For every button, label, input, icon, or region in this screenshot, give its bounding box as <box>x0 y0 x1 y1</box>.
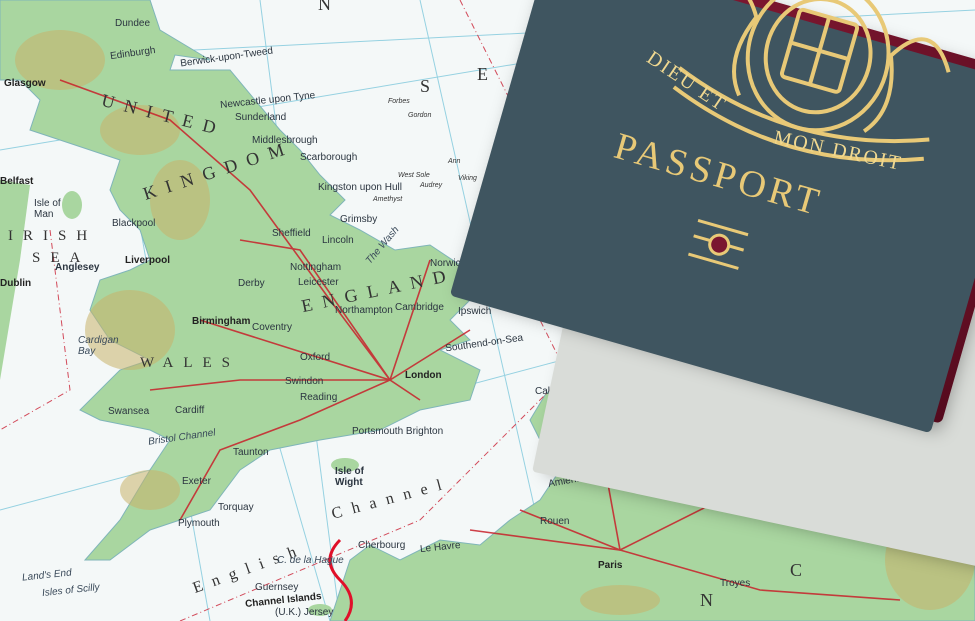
gasfield-west-sole: West Sole <box>398 172 430 179</box>
photo-scene: N S E A UNITED KINGDOM ENGLAND WALES E C… <box>0 0 975 621</box>
city-rouen: Rouen <box>540 516 569 527</box>
city-cardiff: Cardiff <box>175 405 204 416</box>
city-london: London <box>405 370 442 381</box>
gasfield-gordon: Gordon <box>408 112 431 119</box>
gasfield-audrey: Audrey <box>420 182 442 189</box>
isle-of-man <box>62 191 82 219</box>
city-nottingham: Nottingham <box>290 262 341 273</box>
city-middlesbrough: Middlesbrough <box>252 135 318 146</box>
map-label-sea-s: S <box>420 76 440 97</box>
city-reading: Reading <box>300 392 337 403</box>
city-taunton: Taunton <box>233 447 269 458</box>
city-dundee: Dundee <box>115 18 150 29</box>
city-hull: Kingston upon Hull <box>318 182 402 193</box>
city-leicester: Leicester <box>298 277 339 288</box>
city-dublin: Dublin <box>0 278 31 289</box>
feature-isle-of-wight: Isle of Wight <box>335 466 365 488</box>
city-exeter: Exeter <box>182 476 211 487</box>
feature-isle-of-man: Isle of Man <box>34 198 64 220</box>
city-swindon: Swindon <box>285 376 323 387</box>
map-label-france-n: N <box>700 590 723 611</box>
city-paris: Paris <box>598 560 622 571</box>
city-lincoln: Lincoln <box>322 235 354 246</box>
gasfield-viking: Viking <box>458 175 477 182</box>
city-oxford: Oxford <box>300 352 330 363</box>
gasfield-amethyst: Amethyst <box>373 196 402 203</box>
map-label-wales: WALES <box>140 355 240 372</box>
gasfield-ann: Ann <box>448 158 460 165</box>
city-birmingham: Birmingham <box>192 316 250 327</box>
feature-anglesey: Anglesey <box>55 262 99 273</box>
city-ipswich: Ipswich <box>458 306 491 317</box>
map-label-north: N <box>318 0 341 15</box>
gasfield-forbes: Forbes <box>388 98 410 105</box>
city-cherbourg: Cherbourg <box>358 540 405 551</box>
city-liverpool: Liverpool <box>125 255 170 266</box>
map-label-irish: IRISH <box>8 228 97 245</box>
map-label-sea-e: E <box>477 64 498 85</box>
city-cambridge: Cambridge <box>395 302 444 313</box>
city-troyes: Troyes <box>720 578 750 589</box>
feature-guernsey: Guernsey <box>255 582 298 593</box>
city-brighton: Portsmouth Brighton <box>352 426 443 437</box>
city-grimsby: Grimsby <box>340 214 377 225</box>
city-plymouth: Plymouth <box>178 518 220 529</box>
city-glasgow: Glasgow <box>4 78 46 89</box>
city-swansea: Swansea <box>108 406 149 417</box>
city-sunderland: Sunderland <box>235 112 286 123</box>
city-northampton: Northampton <box>335 305 393 316</box>
city-coventry: Coventry <box>252 322 292 333</box>
feature-jersey: (U.K.) Jersey <box>275 607 333 618</box>
city-torquay: Torquay <box>218 502 254 513</box>
city-sheffield: Sheffield <box>272 228 311 239</box>
city-belfast: Belfast <box>0 176 33 187</box>
city-derby: Derby <box>238 278 265 289</box>
city-scarborough: Scarborough <box>300 152 357 163</box>
map-label-france-c: C <box>790 560 812 581</box>
sea-cardigan-bay: Cardigan Bay <box>78 335 138 357</box>
city-blackpool: Blackpool <box>112 218 155 229</box>
feature-c-de-la-hague: C. de la Hague <box>277 555 344 566</box>
